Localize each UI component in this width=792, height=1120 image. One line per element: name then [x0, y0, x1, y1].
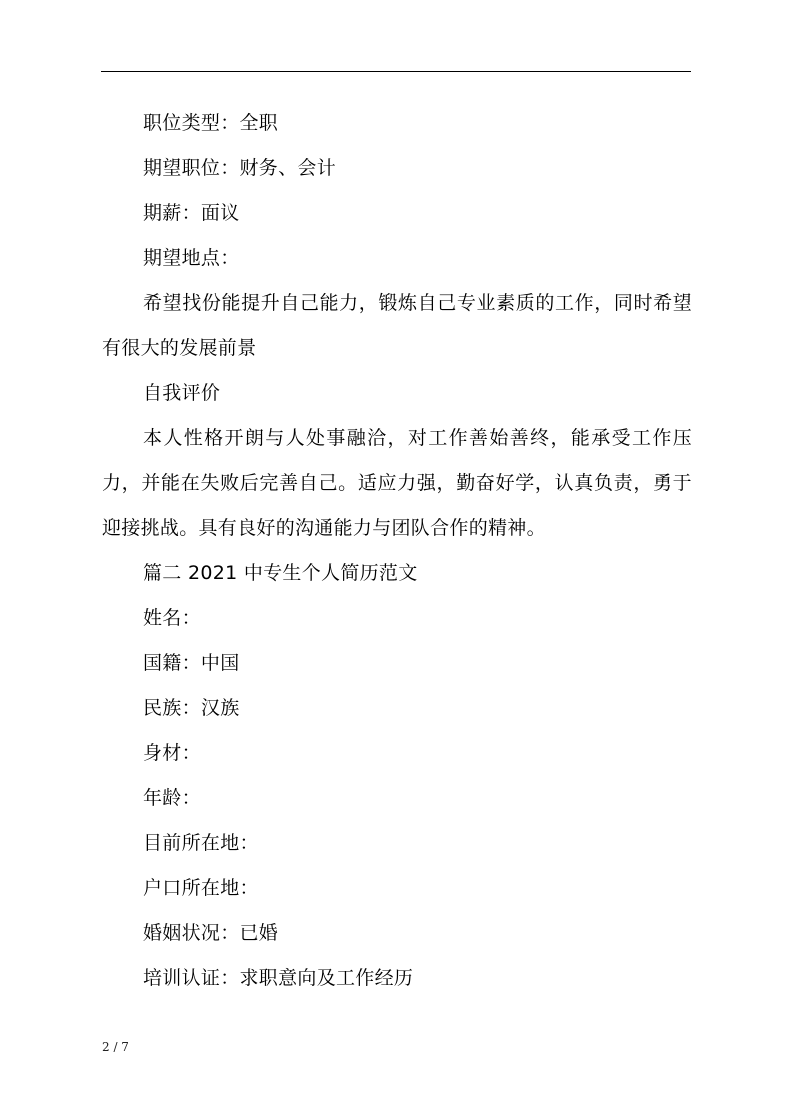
field-desired-location: 期望地点： — [102, 236, 692, 281]
section-title-part-two: 篇二 2021 中专生个人简历范文 — [102, 551, 692, 596]
header-rule — [101, 71, 691, 72]
self-evaluation-paragraph: 本人性格开朗与人处事融洽，对工作善始善终，能承受工作压力，并能在失败后完善自己。… — [102, 416, 692, 551]
career-goal-paragraph: 希望找份能提升自己能力，锻炼自己专业素质的工作，同时希望有很大的发展前景 — [102, 281, 692, 371]
field-job-type: 职位类型：全职 — [102, 101, 692, 146]
field-training-certification: 培训认证：求职意向及工作经历 — [102, 956, 692, 1001]
field-current-location: 目前所在地： — [102, 821, 692, 866]
page-number: 2 / 7 — [102, 1040, 129, 1054]
field-name: 姓名： — [102, 596, 692, 641]
document-body: 职位类型：全职 期望职位：财务、会计 期薪：面议 期望地点： 希望找份能提升自己… — [102, 101, 692, 1001]
field-stature: 身材： — [102, 731, 692, 776]
section-heading-self-evaluation: 自我评价 — [102, 371, 692, 416]
field-expected-salary: 期薪：面议 — [102, 191, 692, 236]
field-household-registration: 户口所在地： — [102, 866, 692, 911]
field-marital-status: 婚姻状况：已婚 — [102, 911, 692, 956]
field-age: 年龄： — [102, 776, 692, 821]
field-ethnicity: 民族：汉族 — [102, 686, 692, 731]
field-nationality: 国籍：中国 — [102, 641, 692, 686]
field-desired-position: 期望职位：财务、会计 — [102, 146, 692, 191]
